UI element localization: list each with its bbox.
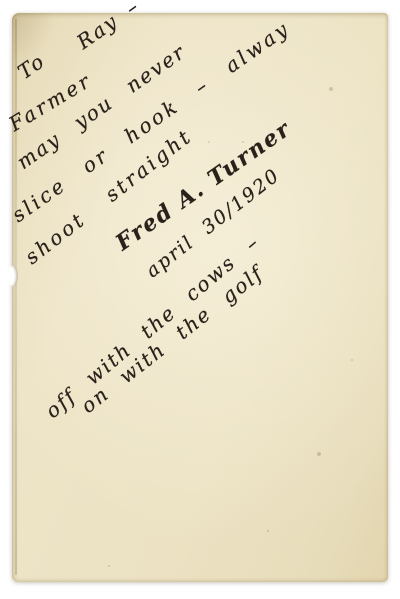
paper-edge-notch (7, 265, 18, 287)
handwriting-salutation: To (13, 48, 50, 84)
handwriting-postscript-line-2: on with the golf (76, 261, 268, 418)
handwriting-recipient-name: Ray – (72, 0, 144, 54)
paper-foxing-specks (12, 13, 14, 15)
paper-binding-crease (15, 19, 17, 575)
photo-background: To Ray – Farmer may you never slice or h… (0, 0, 400, 599)
autograph-page: To Ray – Farmer may you never slice or h… (12, 13, 388, 582)
